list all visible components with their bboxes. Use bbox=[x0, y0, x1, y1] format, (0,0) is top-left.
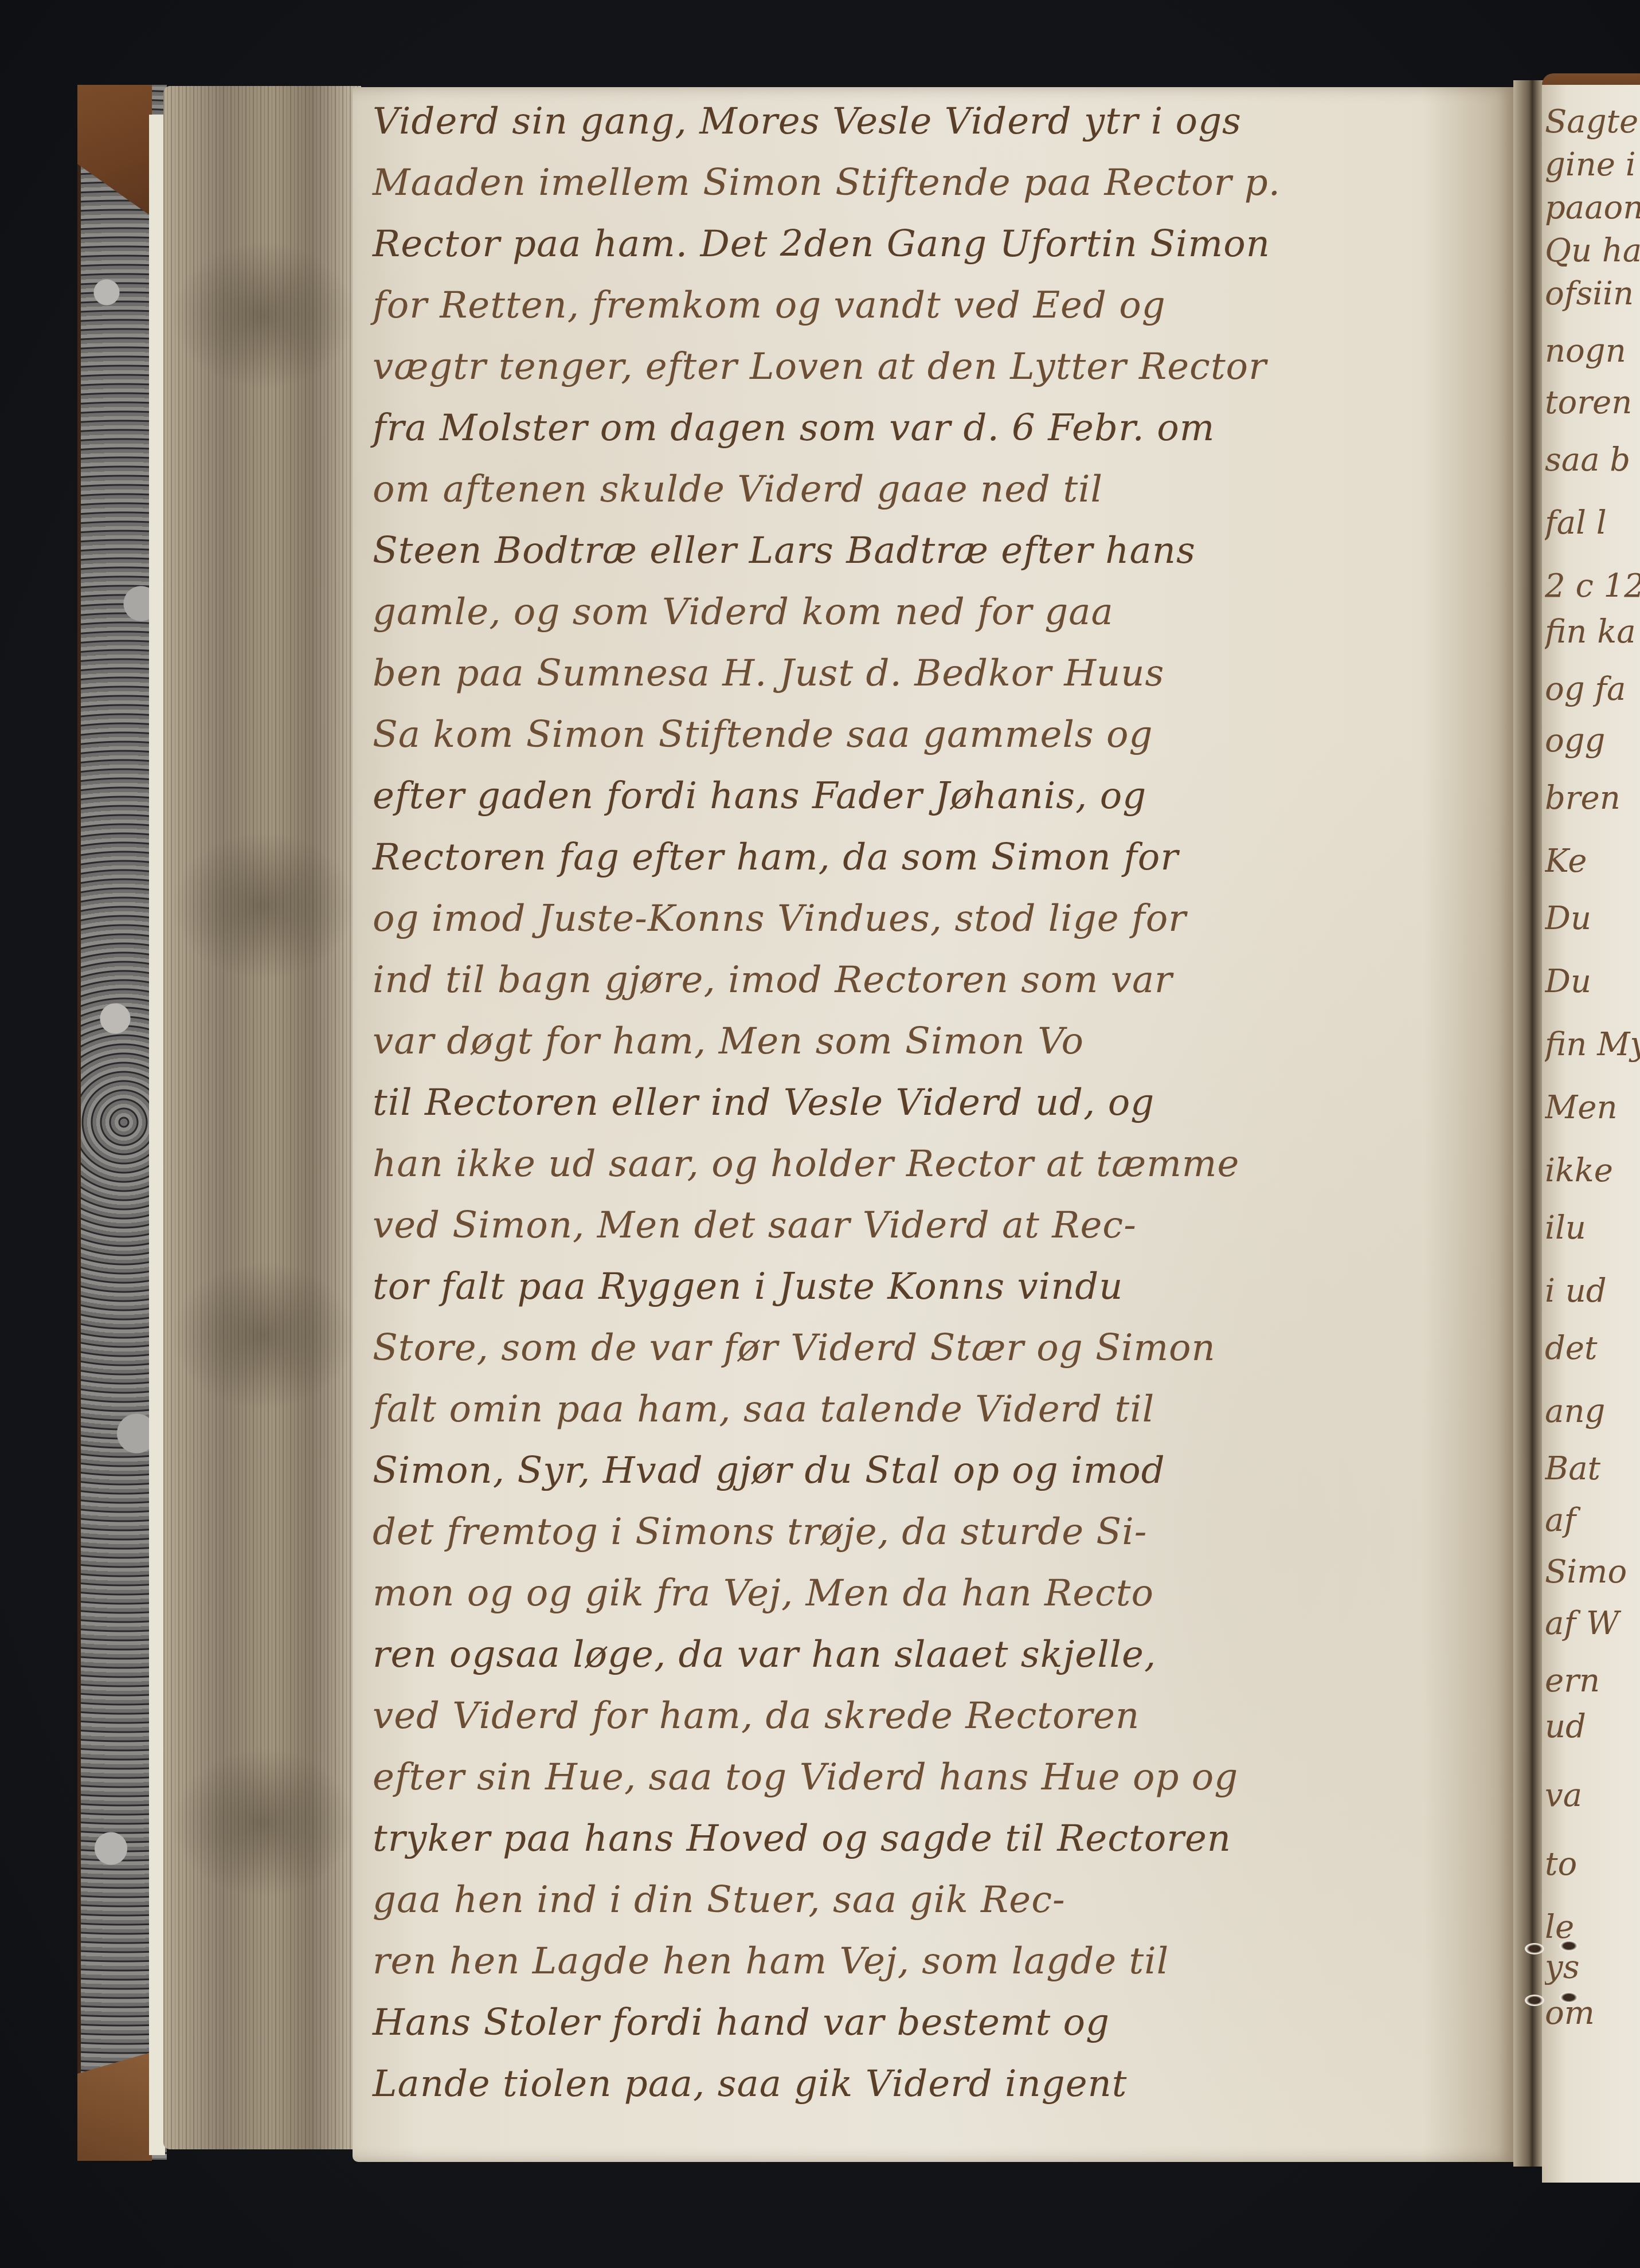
manuscript-line: det fremtog i Simons trøje, da sturde Si… bbox=[373, 1511, 1147, 1553]
manuscript-line: vægtr tenger, efter Loven at den Lytter … bbox=[373, 346, 1267, 388]
manuscript-line: mon og og gik fra Vej, Men da han Recto bbox=[373, 1572, 1154, 1615]
manuscript-line: Du bbox=[1545, 963, 1591, 1000]
manuscript-line: det bbox=[1545, 1330, 1598, 1367]
manuscript-line: ren ogsaa løge, da var han slaaet skjell… bbox=[373, 1634, 1156, 1676]
manuscript-line: Lande tiolen paa, saa gik Viderd ingent bbox=[373, 2063, 1128, 2105]
manuscript-line: Ke bbox=[1545, 843, 1587, 880]
manuscript-line: 2 c 12 bbox=[1545, 567, 1640, 605]
manuscript-line: var døgt for ham, Men som Simon Vo bbox=[373, 1020, 1084, 1063]
binding-hole bbox=[1525, 1995, 1544, 2006]
manuscript-line: gaa hen ind i din Stuer, saa gik Rec- bbox=[373, 1879, 1066, 1921]
manuscript-line: Qu ha bbox=[1545, 232, 1640, 269]
left-page-text: Viderd sin gang, Mores Vesle Viderd ytr … bbox=[373, 100, 1513, 2141]
manuscript-line: om bbox=[1545, 1995, 1595, 2032]
manuscript-line: om aftenen skulde Viderd gaae ned til bbox=[373, 468, 1103, 511]
manuscript-line: i ud bbox=[1545, 1272, 1607, 1310]
manuscript-line: Hans Stoler fordi hand var bestemt og bbox=[373, 2001, 1110, 2044]
manuscript-line: nogn bbox=[1545, 332, 1626, 370]
manuscript-line: to bbox=[1545, 1846, 1577, 1883]
manuscript-line: Du bbox=[1545, 900, 1591, 937]
manuscript-line: gamle, og som Viderd kom ned for gaa bbox=[373, 591, 1114, 633]
manuscript-line: falt omin paa ham, saa talende Viderd ti… bbox=[373, 1388, 1154, 1431]
manuscript-line: gine i bbox=[1545, 146, 1636, 183]
manuscript-line: og imod Juste-Konns Vindues, stod lige f… bbox=[373, 898, 1187, 940]
stain bbox=[172, 241, 355, 390]
stain bbox=[172, 1748, 355, 1897]
manuscript-line: ikke bbox=[1545, 1152, 1613, 1189]
manuscript-line: Men bbox=[1545, 1089, 1618, 1126]
manuscript-line: fra Molster om dagen som var d. 6 Febr. … bbox=[373, 407, 1215, 449]
manuscript-line: til Rectoren eller ind Vesle Viderd ud, … bbox=[373, 1082, 1154, 1124]
manuscript-line: paaon bbox=[1545, 189, 1640, 226]
manuscript-line: efter sin Hue, saa tog Viderd hans Hue o… bbox=[373, 1756, 1238, 1799]
manuscript-line: efter gaden fordi hans Fader Jøhanis, og bbox=[373, 775, 1146, 817]
manuscript-line: Maaden imellem Simon Stiftende paa Recto… bbox=[373, 162, 1281, 204]
manuscript-line: fal l bbox=[1545, 504, 1607, 542]
manuscript-line: for Retten, fremkom og vandt ved Eed og bbox=[373, 284, 1166, 327]
manuscript-line: ind til bagn gjøre, imod Rectoren som va… bbox=[373, 959, 1173, 1001]
manuscript-line: fin My bbox=[1545, 1026, 1640, 1063]
manuscript-line: ang bbox=[1545, 1393, 1605, 1430]
manuscript-line: ben paa Sumnesa H. Just d. Bedkor Huus bbox=[373, 652, 1164, 695]
manuscript-line: ogg bbox=[1545, 722, 1605, 759]
manuscript-line: ud bbox=[1545, 1708, 1586, 1745]
binding-hole bbox=[1525, 1943, 1544, 1954]
manuscript-line: va bbox=[1545, 1777, 1582, 1814]
manuscript-line: ren hen Lagde hen ham Vej, som lagde til bbox=[373, 1940, 1169, 1983]
manuscript-line: Steen Bodtræ eller Lars Badtræ efter han… bbox=[373, 530, 1196, 572]
manuscript-line: og fa bbox=[1545, 671, 1626, 708]
manuscript-line: saa b bbox=[1545, 441, 1630, 479]
stain bbox=[172, 1261, 355, 1410]
manuscript-line: toren bbox=[1545, 384, 1632, 421]
manuscript-line: Simo bbox=[1545, 1553, 1627, 1591]
manuscript-line: Rectoren fag efter ham, da som Simon for bbox=[373, 836, 1179, 879]
manuscript-line: Sa kom Simon Stiftende saa gammels og bbox=[373, 714, 1153, 756]
manuscript-line: ilu bbox=[1545, 1209, 1586, 1247]
manuscript-line: Simon, Syr, Hvad gjør du Stal op og imod bbox=[373, 1450, 1165, 1492]
endpaper-strip bbox=[149, 115, 165, 2155]
manuscript-line: bren bbox=[1545, 779, 1621, 817]
right-page-text: Sagte gine i paaon Qu ha ofsiin nogn tor… bbox=[1545, 103, 1640, 2144]
manuscript-line: Viderd sin gang, Mores Vesle Viderd ytr … bbox=[373, 100, 1242, 143]
manuscript-line: le bbox=[1545, 1909, 1574, 1946]
manuscript-line: ofsiin bbox=[1545, 275, 1634, 312]
manuscript-line: ys bbox=[1545, 1949, 1579, 1986]
manuscript-line: han ikke ud saar, og holder Rector at tæ… bbox=[373, 1143, 1239, 1185]
manuscript-line: tor falt paa Ryggen i Juste Konns vindu bbox=[373, 1266, 1124, 1308]
manuscript-line: Sagte bbox=[1545, 103, 1638, 140]
manuscript-line: Store, som de var før Viderd Stær og Sim… bbox=[373, 1327, 1216, 1369]
stain bbox=[172, 831, 355, 980]
manuscript-line: Rector paa ham. Det 2den Gang Ufortin Si… bbox=[373, 223, 1270, 265]
manuscript-line: fin ka bbox=[1545, 613, 1636, 651]
manuscript-line: af bbox=[1545, 1502, 1576, 1539]
manuscript-line: ern bbox=[1545, 1662, 1600, 1699]
manuscript-line: ved Viderd for ham, da skrede Rectoren bbox=[373, 1695, 1140, 1737]
manuscript-line: ved Simon, Men det saar Viderd at Rec- bbox=[373, 1204, 1137, 1247]
manuscript-line: af W bbox=[1545, 1605, 1619, 1642]
manuscript-line: tryker paa hans Hoved og sagde til Recto… bbox=[373, 1817, 1231, 1860]
manuscript-line: Bat bbox=[1545, 1450, 1600, 1487]
